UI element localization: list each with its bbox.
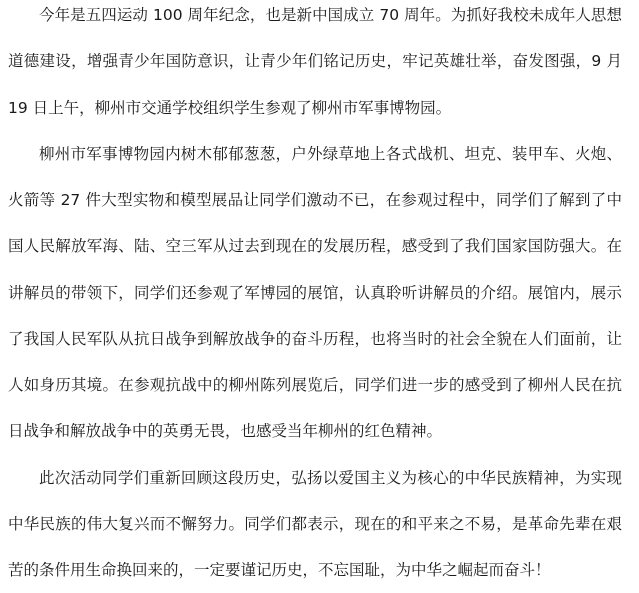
paragraph-3: 此次活动同学们重新回顾这段历史，弘扬以爱国主义为核心的中华民族精神，为实现中华民… [8,455,622,580]
paragraph-1: 今年是五四运动 100 周年纪念，也是新中国成立 70 周年。为抓好我校未成年人… [8,0,622,131]
paragraph-2: 柳州市军事博物园内树木郁郁葱葱，户外绿草地上各式战机、坦克、装甲车、火炮、火箭等… [8,131,622,455]
article-body: 今年是五四运动 100 周年纪念，也是新中国成立 70 周年。为抓好我校未成年人… [8,0,622,579]
